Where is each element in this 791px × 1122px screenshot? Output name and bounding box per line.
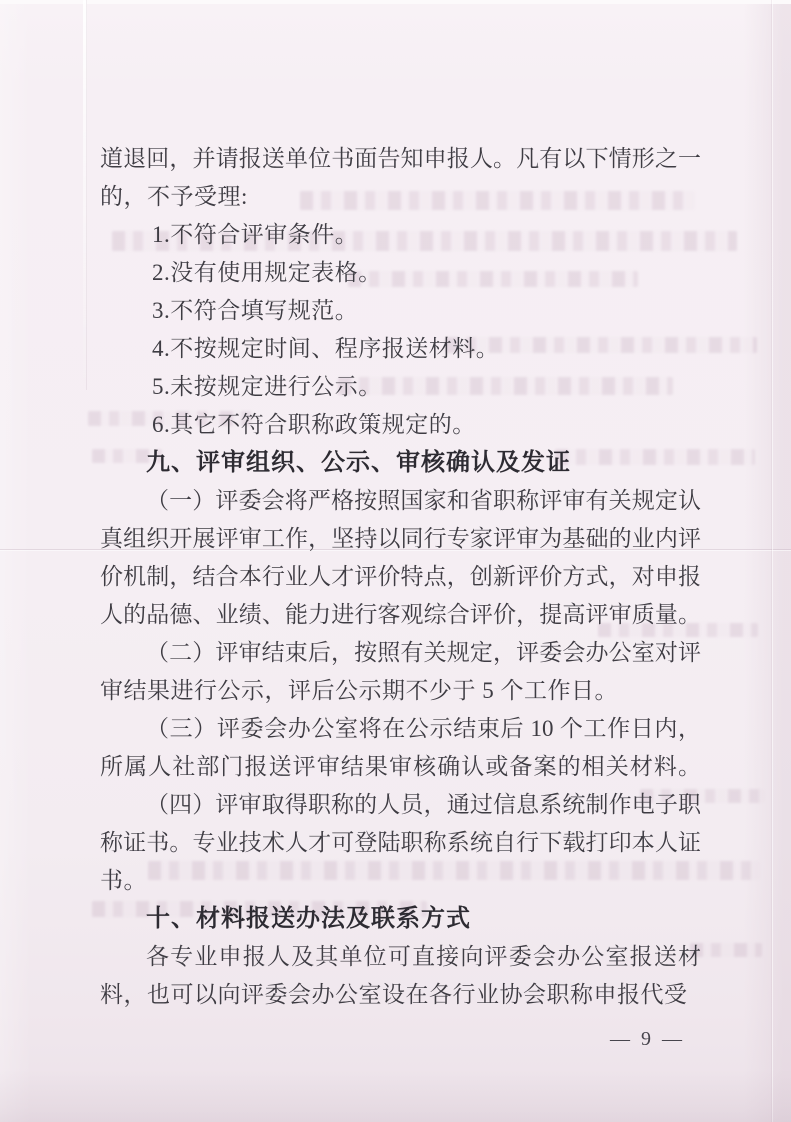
text-line: （二）评审结束后，按照有关规定，评委会办公室对评	[100, 634, 701, 672]
text-line: （一）评委会将严格按照国家和省职称评审有关规定认	[100, 482, 701, 520]
list-item: 6.其它不符合职称政策规定的。	[100, 406, 701, 444]
scanned-document-page: 道退回，并请报送单位书面告知申报人。凡有以下情形之一 的，不予受理: 1.不符合…	[0, 0, 791, 1122]
text-line: 的，不予受理:	[100, 178, 701, 216]
section-heading-10: 十、材料报送办法及联系方式	[100, 900, 701, 938]
text-line: 审结果进行公示，评后公示期不少于 5 个工作日。	[100, 672, 701, 710]
page-number: — 9 —	[610, 1026, 685, 1052]
vertical-fold-crease	[83, 0, 87, 390]
list-item: 5.未按规定进行公示。	[100, 368, 701, 406]
document-body: 道退回，并请报送单位书面告知申报人。凡有以下情形之一 的，不予受理: 1.不符合…	[100, 140, 701, 1014]
text-line: 道退回，并请报送单位书面告知申报人。凡有以下情形之一	[100, 140, 701, 178]
section-heading-9: 九、评审组织、公示、审核确认及发证	[100, 444, 701, 482]
text-line: 料，也可以向评委会办公室设在各行业协会职称申报代受点	[100, 976, 701, 1014]
bottom-edge-shading	[0, 1070, 791, 1122]
text-line: 价机制，结合本行业人才评价特点，创新评价方式，对申报	[100, 558, 701, 596]
text-line: 各专业申报人及其单位可直接向评委会办公室报送材	[100, 938, 701, 976]
text-line: 书。	[100, 862, 701, 900]
text-line: 真组织开展评审工作，坚持以同行专家评审为基础的业内评	[100, 520, 701, 558]
right-edge-crease	[771, 0, 773, 1122]
scan-top-edge	[0, 0, 791, 4]
list-item: 4.不按规定时间、程序报送材料。	[100, 330, 701, 368]
list-item: 2.没有使用规定表格。	[100, 254, 701, 292]
list-item: 1.不符合评审条件。	[100, 216, 701, 254]
list-item: 3.不符合填写规范。	[100, 292, 701, 330]
text-line: 所属人社部门报送评审结果审核确认或备案的相关材料。	[100, 748, 701, 786]
text-line: 称证书。专业技术人才可登陆职称系统自行下载打印本人证	[100, 824, 701, 862]
text-line: 人的品德、业绩、能力进行客观综合评价，提高评审质量。	[100, 596, 701, 634]
text-line: （四）评审取得职称的人员，通过信息系统制作电子职	[100, 786, 701, 824]
text-line: （三）评委会办公室将在公示结束后 10 个工作日内，向	[100, 710, 701, 748]
